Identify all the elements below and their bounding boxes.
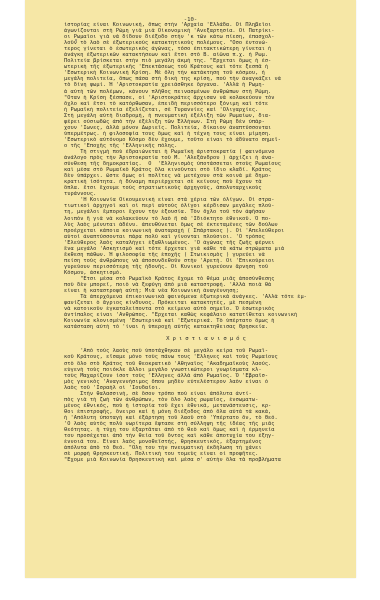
document-body: ἱστορίας εἶναι Κοινωνική, ὅπως στὴν 'Αρχ… [64,22,351,463]
document-page: -10- ἱστορίας εἶναι Κοινωνική, ὅπως στὴν… [25,0,356,578]
section-3: 'Η Κοινωνία Οἰκουμενικὴ εἶναι στὰ χέρια … [64,197,351,276]
text-line: κατάσταση αὐτὴ τὸ 'ἶναι ἡ ὑπεροχὴ αὐτῆς … [64,324,351,330]
section-2: Τὴ στιγμὴ ποὺ ἐδραιώνεται ἡ Ρωμαϊκὴ ἀρισ… [64,149,351,197]
section-heading: Χριστιανισμός [64,336,351,342]
section-1: ἱστορίας εἶναι Κοινωνική, ὅπως στὴν 'Αρχ… [64,22,351,149]
text-line: "Εχομε μιὰ Κοινωνία Θρησκευτικὴ καὶ μέσα… [64,457,351,463]
section-5: 'Απὸ τοὺς λαοὺς ποὺ ὑποτάχθηκαν σὲ μεγάλ… [64,348,351,463]
section-4: "Ετσι μέσα στὸ Ρωμαϊκὸ Κράτος ἔχομε τὸ θ… [64,276,351,330]
